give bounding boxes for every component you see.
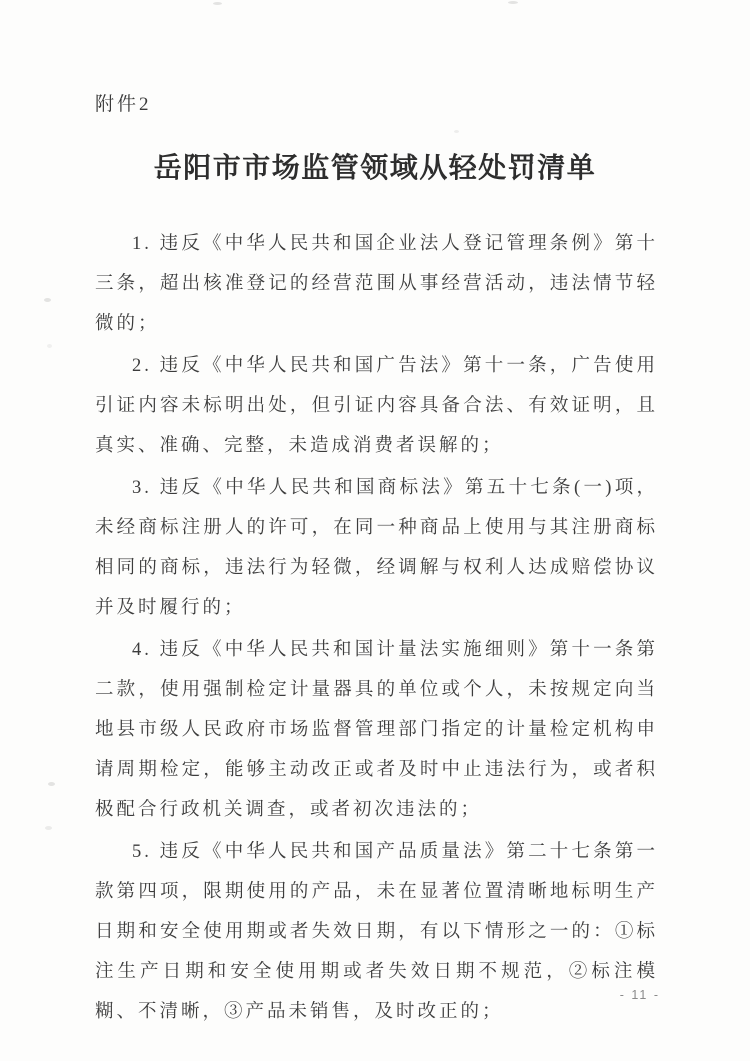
page-title: 岳阳市市场监管领域从轻处罚清单 [0,146,750,186]
scan-artifact [44,298,51,302]
scan-artifact [508,1,518,4]
scan-artifact [454,130,459,133]
list-item-1: 1. 违反《中华人民共和国企业法人登记管理条例》第十三条，超出核准登记的经营范围… [95,224,658,344]
scan-artifact [47,344,52,348]
scan-artifact [213,2,222,5]
document-page: 附件2 岳阳市市场监管领域从轻处罚清单 1. 违反《中华人民共和国企业法人登记管… [0,0,750,1061]
document-body: 1. 违反《中华人民共和国企业法人登记管理条例》第十三条，超出核准登记的经营范围… [95,224,658,1034]
attachment-label: 附件2 [95,89,152,116]
page-number: - 11 - [620,988,660,1002]
list-item-2: 2. 违反《中华人民共和国广告法》第十一条，广告使用引证内容未标明出处，但引证内… [95,346,658,466]
list-item-4: 4. 违反《中华人民共和国计量法实施细则》第十一条第二款，使用强制检定计量器具的… [95,630,658,830]
list-item-5: 5. 违反《中华人民共和国产品质量法》第二十七条第一款第四项，限期使用的产品，未… [95,832,658,1032]
list-item-3: 3. 违反《中华人民共和国商标法》第五十七条(一)项，未经商标注册人的许可，在同… [95,468,658,628]
scan-artifact [48,782,55,786]
scan-artifact [45,826,52,830]
